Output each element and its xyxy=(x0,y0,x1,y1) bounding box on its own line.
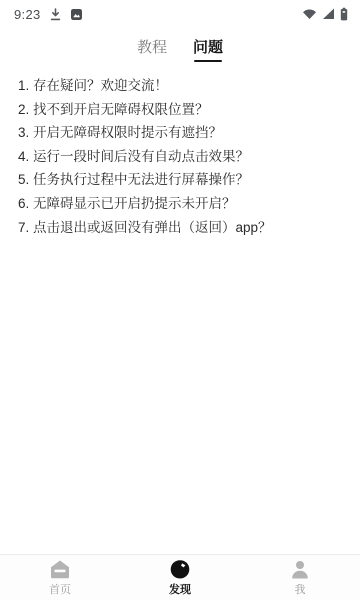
tab-questions[interactable]: 问题 xyxy=(193,36,223,62)
nav-label: 我 xyxy=(295,581,306,597)
nav-item-discover[interactable]: 发现 xyxy=(120,555,240,600)
status-time: 9:23 xyxy=(14,7,41,22)
question-item[interactable]: 2. 找不到开启无障碍权限位置？ xyxy=(18,98,350,122)
status-bar: 9:23 xyxy=(0,0,360,26)
question-item[interactable]: 4. 运行一段时间后没有自动点击效果？ xyxy=(18,145,350,169)
discover-icon xyxy=(169,558,191,580)
question-item[interactable]: 3. 开启无障碍权限时提示有遮挡？ xyxy=(18,121,350,145)
battery-icon xyxy=(340,7,348,21)
user-icon xyxy=(289,558,311,580)
download-icon xyxy=(49,8,62,21)
app-notification-icon xyxy=(70,8,83,21)
question-item[interactable]: 6. 无障碍显示已开启扔提示未开启？ xyxy=(18,192,350,216)
nav-item-home[interactable]: 首页 xyxy=(0,555,120,600)
tab-tutorial[interactable]: 教程 xyxy=(137,36,167,62)
nav-label: 发现 xyxy=(169,581,191,597)
question-item[interactable]: 5. 任务执行过程中无法进行屏幕操作？ xyxy=(18,168,350,192)
tab-bar: 教程 问题 xyxy=(0,36,360,62)
nav-label: 首页 xyxy=(49,581,71,597)
cellular-signal-icon xyxy=(322,8,335,20)
wifi-icon xyxy=(302,8,317,20)
question-list: 1. 存在疑问？欢迎交流！ 2. 找不到开启无障碍权限位置？ 3. 开启无障碍权… xyxy=(0,62,360,239)
nav-item-me[interactable]: 我 xyxy=(240,555,360,600)
home-icon xyxy=(49,558,71,580)
question-item[interactable]: 7. 点击退出或返回没有弹出（返回）app？ xyxy=(18,216,350,240)
bottom-nav: 首页 发现 我 xyxy=(0,554,360,600)
question-item[interactable]: 1. 存在疑问？欢迎交流！ xyxy=(18,74,350,98)
